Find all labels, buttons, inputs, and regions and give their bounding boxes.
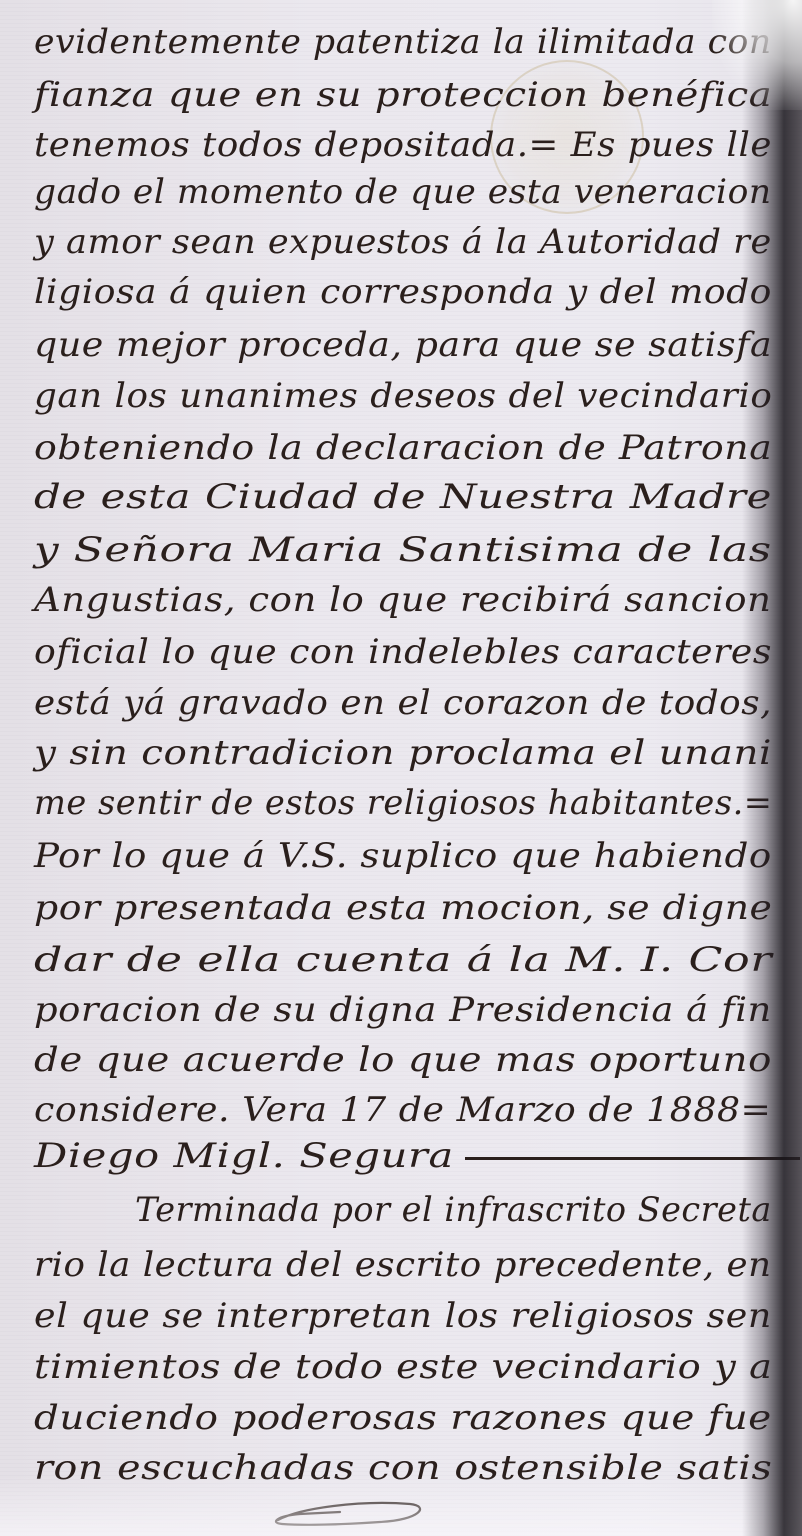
- text-line: gado el momento de que esta veneracion: [34, 172, 772, 212]
- text-line: dar de ella cuenta á la M. I. Cor: [34, 940, 772, 980]
- text-line: rio la lectura del escrito precedente, e…: [34, 1245, 772, 1285]
- corner-highlight: [712, 0, 802, 110]
- signature: Diego Migl. Segura: [34, 1136, 454, 1176]
- text-line: que mejor proceda, para que se satisfa: [34, 325, 772, 365]
- text-line: está yá gravado en el corazon de todos,: [34, 683, 772, 723]
- text-line: tenemos todos depositada.= Es pues lle: [34, 125, 772, 165]
- text-line: de que acuerde lo que mas oportuno: [34, 1040, 772, 1080]
- text-line: Angustias, con lo que recibirá sancion: [34, 580, 772, 620]
- text-line: Por lo que á V.S. suplico que habiendo: [34, 836, 772, 876]
- text-line: y sin contradicion proclama el unani: [34, 733, 772, 773]
- manuscript-page: evidentemente patentiza la ilimitada con…: [0, 0, 802, 1536]
- text-line: timientos de todo este vecindario y a: [34, 1347, 773, 1387]
- text-line: oficial lo que con indelebles caracteres: [34, 632, 772, 672]
- text-line: obteniendo la declaracion de Patrona: [34, 428, 772, 468]
- text-line: evidentemente patentiza la ilimitada con: [34, 22, 772, 62]
- text-line: y amor sean expuestos á la Autoridad re: [34, 222, 772, 262]
- text-line: de esta Ciudad de Nuestra Madre: [34, 477, 772, 517]
- text-line: poracion de su digna Presidencia á fin: [34, 990, 772, 1030]
- text-line: fianza que en su proteccion benéfica: [34, 75, 772, 115]
- text-line: ligiosa á quien corresponda y del modo: [34, 272, 772, 312]
- binding-shadow: [742, 0, 802, 1536]
- text-line: considere. Vera 17 de Marzo de 1888=: [34, 1090, 771, 1130]
- text-line: gan los unanimes deseos del vecindario: [34, 376, 772, 416]
- text-line: por presentada esta mocion, se digne: [34, 888, 772, 928]
- text-line: Terminada por el infrascrito Secreta: [135, 1190, 772, 1230]
- bottom-highlight: [0, 1476, 802, 1536]
- text-line: el que se interpretan los religiosos sen: [34, 1296, 772, 1336]
- text-line: me sentir de estos religiosos habitantes…: [34, 783, 772, 823]
- text-line: y Señora Maria Santisima de las: [34, 530, 772, 570]
- text-line: duciendo poderosas razones que fue: [34, 1398, 772, 1438]
